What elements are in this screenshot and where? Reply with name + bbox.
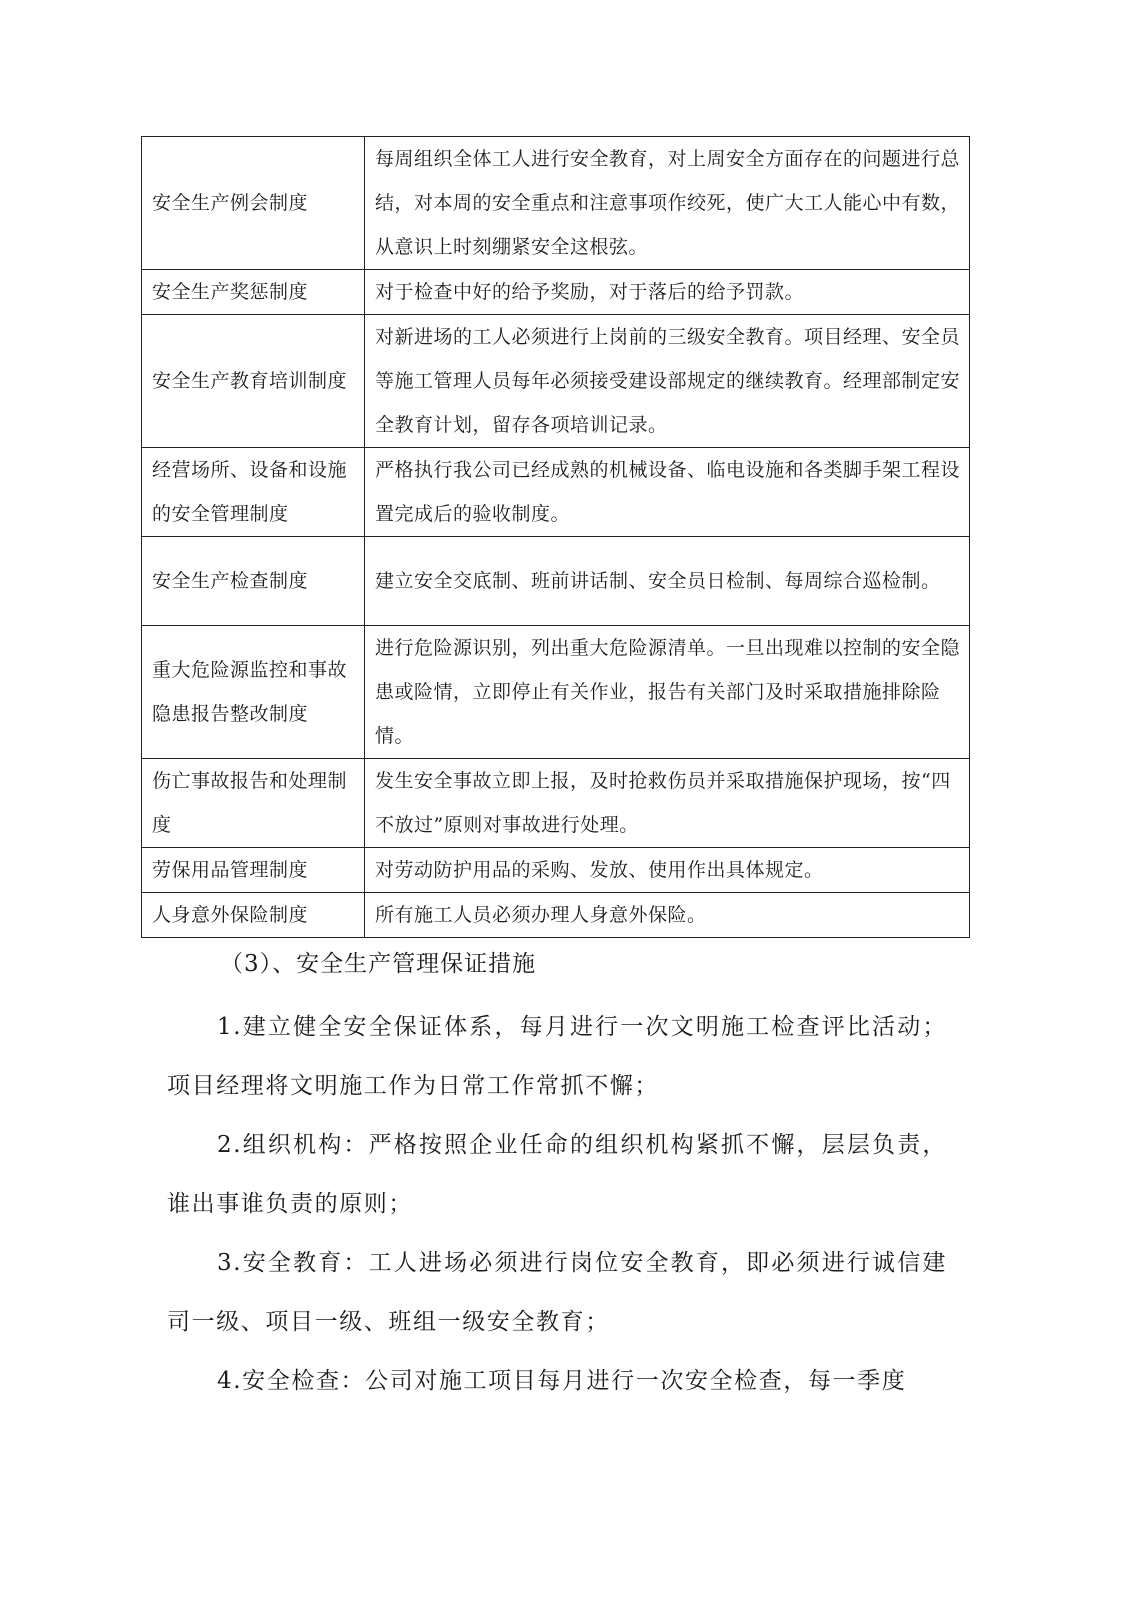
measure-item: 2.组织机构：严格按照企业任命的组织机构紧抓不懈，层层负责，谁出事谁负责的原则； xyxy=(167,1116,947,1234)
policy-description-cell: 建立安全交底制、班前讲话制、安全员日检制、每周综合巡检制。 xyxy=(365,537,970,626)
table-row: 伤亡事故报告和处理制度 发生安全事故立即上报，及时抢救伤员并采取措施保护现场，按… xyxy=(142,759,970,848)
table-row: 安全生产教育培训制度 对新进场的工人必须进行上岗前的三级安全教育。项目经理、安全… xyxy=(142,315,970,448)
policy-name-cell: 人身意外保险制度 xyxy=(142,893,365,938)
document-page: 安全生产例会制度 每周组织全体工人进行安全教育，对上周安全方面存在的问题进行总结… xyxy=(0,0,1131,1600)
policy-description-cell: 对新进场的工人必须进行上岗前的三级安全教育。项目经理、安全员等施工管理人员每年必… xyxy=(365,315,970,448)
measure-item: 1.建立健全安全保证体系，每月进行一次文明施工检查评比活动；项目经理将文明施工作… xyxy=(167,998,947,1116)
safety-policy-table: 安全生产例会制度 每周组织全体工人进行安全教育，对上周安全方面存在的问题进行总结… xyxy=(141,136,970,938)
measures-list: 1.建立健全安全保证体系，每月进行一次文明施工检查评比活动；项目经理将文明施工作… xyxy=(167,998,947,1411)
policy-description-cell: 所有施工人员必须办理人身意外保险。 xyxy=(365,893,970,938)
policy-name-cell: 劳保用品管理制度 xyxy=(142,848,365,893)
policy-description-cell: 对于检查中好的给予奖励，对于落后的给予罚款。 xyxy=(365,270,970,315)
table-row: 安全生产检查制度 建立安全交底制、班前讲话制、安全员日检制、每周综合巡检制。 xyxy=(142,537,970,626)
table-row: 安全生产例会制度 每周组织全体工人进行安全教育，对上周安全方面存在的问题进行总结… xyxy=(142,137,970,270)
table-row: 人身意外保险制度 所有施工人员必须办理人身意外保险。 xyxy=(142,893,970,938)
table-row: 劳保用品管理制度 对劳动防护用品的采购、发放、使用作出具体规定。 xyxy=(142,848,970,893)
policy-name-cell: 伤亡事故报告和处理制度 xyxy=(142,759,365,848)
policy-description-cell: 严格执行我公司已经成熟的机械设备、临电设施和各类脚手架工程设置完成后的验收制度。 xyxy=(365,448,970,537)
section-heading: （3）、安全生产管理保证措施 xyxy=(220,940,536,988)
table-row: 重大危险源监控和事故隐患报告整改制度 进行危险源识别，列出重大危险源清单。一旦出… xyxy=(142,626,970,759)
policy-description-cell: 对劳动防护用品的采购、发放、使用作出具体规定。 xyxy=(365,848,970,893)
policy-name-cell: 安全生产例会制度 xyxy=(142,137,365,270)
policy-description-cell: 进行危险源识别，列出重大危险源清单。一旦出现难以控制的安全隐患或险情，立即停止有… xyxy=(365,626,970,759)
measure-item: 4.安全检查：公司对施工项目每月进行一次安全检查，每一季度 xyxy=(167,1352,947,1411)
policy-name-cell: 安全生产奖惩制度 xyxy=(142,270,365,315)
policy-name-cell: 安全生产教育培训制度 xyxy=(142,315,365,448)
table-row: 安全生产奖惩制度 对于检查中好的给予奖励，对于落后的给予罚款。 xyxy=(142,270,970,315)
policy-name-cell: 安全生产检查制度 xyxy=(142,537,365,626)
policy-description-cell: 每周组织全体工人进行安全教育，对上周安全方面存在的问题进行总结，对本周的安全重点… xyxy=(365,137,970,270)
policy-description-cell: 发生安全事故立即上报，及时抢救伤员并采取措施保护现场，按“四不放过”原则对事故进… xyxy=(365,759,970,848)
measure-item: 3.安全教育：工人进场必须进行岗位安全教育，即必须进行诚信建司一级、项目一级、班… xyxy=(167,1234,947,1352)
policy-name-cell: 重大危险源监控和事故隐患报告整改制度 xyxy=(142,626,365,759)
policy-name-cell: 经营场所、设备和设施的安全管理制度 xyxy=(142,448,365,537)
table-row: 经营场所、设备和设施的安全管理制度 严格执行我公司已经成熟的机械设备、临电设施和… xyxy=(142,448,970,537)
